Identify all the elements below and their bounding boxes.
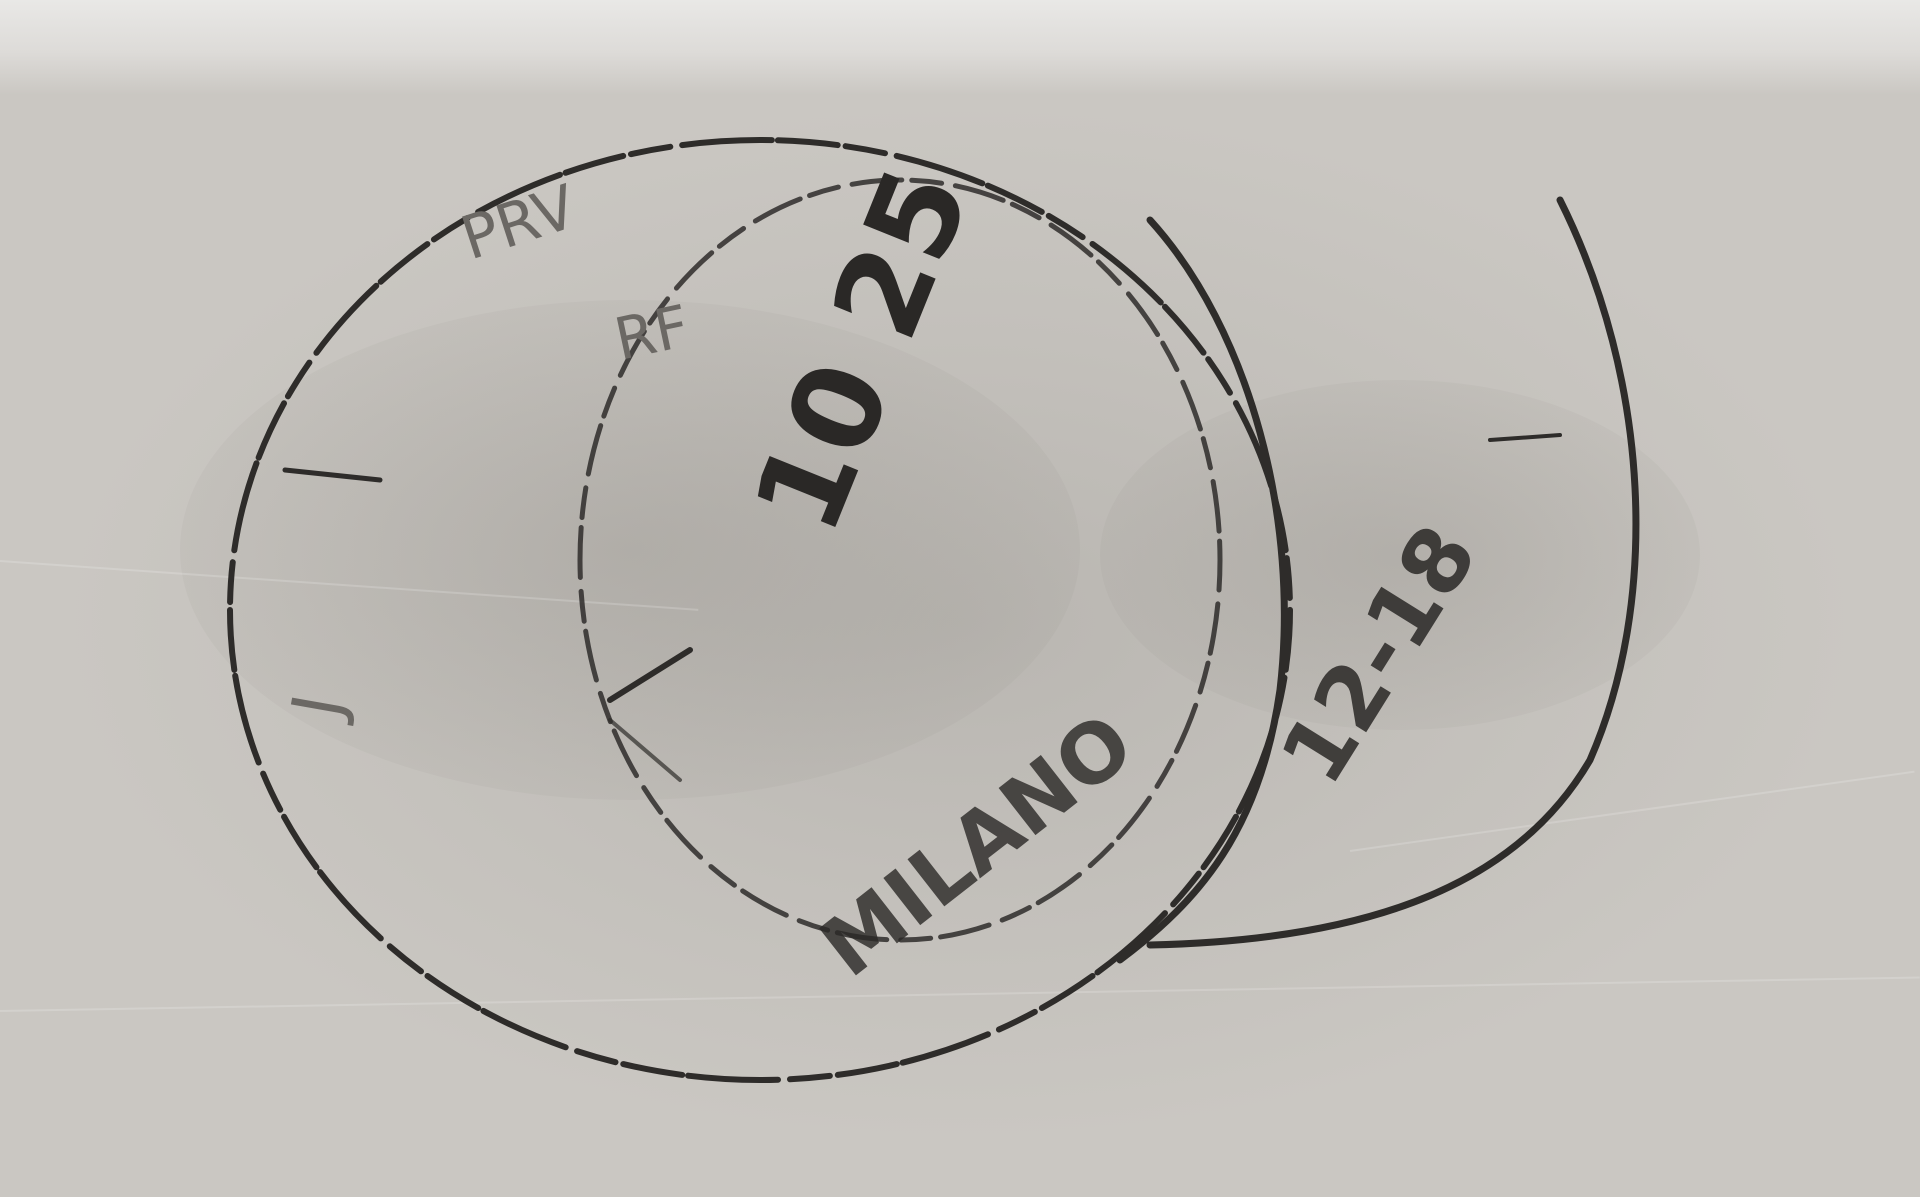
postmark-stamp: 10 25 MILANO 12-18 PRV RF J <box>0 0 1920 1197</box>
svg-text:RF: RF <box>609 292 695 374</box>
svg-text:J: J <box>275 688 360 727</box>
svg-text:12-18: 12-18 <box>1260 508 1496 801</box>
city-name: MILANO <box>804 695 1151 995</box>
svg-text:PRV: PRV <box>453 172 585 274</box>
svg-text:10 25: 10 25 <box>728 150 998 550</box>
inner-upper-text: RF <box>609 292 695 374</box>
postmark-photo: 10 25 MILANO 12-18 PRV RF J <box>0 0 1920 1197</box>
svg-text:MILANO: MILANO <box>804 695 1151 995</box>
right-arc-numbers: 12-18 <box>1260 508 1496 801</box>
left-arc-text: J <box>275 688 360 727</box>
ink-mark <box>610 650 690 700</box>
ink-mark <box>1490 435 1560 440</box>
center-numbers: 10 25 <box>728 150 998 550</box>
outer-ring-left <box>230 140 1290 1080</box>
upper-arc-text: PRV <box>453 172 585 274</box>
ink-mark <box>285 470 380 480</box>
